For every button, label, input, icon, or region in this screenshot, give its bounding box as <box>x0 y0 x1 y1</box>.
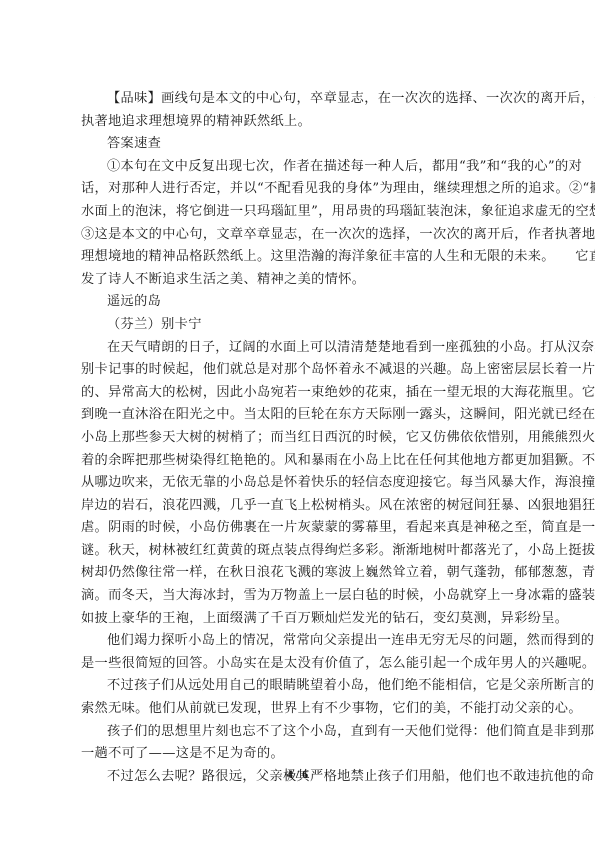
text-line: 从哪边吹来，无依无靠的小岛总是怀着快乐的轻信态度迎接它。每当风暴大作，海浪撞击着 <box>81 472 517 495</box>
text-line: 着的余晖把那些树染得红艳艳的。风和暴雨在小岛上比在任何其他地方都更加猖獗。不管风 <box>81 450 517 473</box>
text-line: （芬兰）别卡宁 <box>81 314 517 337</box>
text-line: 孩子们的思想里片刻也忘不了这个小岛，直到有一天他们觉得：他们简直是非到那儿去 <box>81 721 517 744</box>
text-line: 发了诗人不断追求生活之美、精神之美的情怀。 <box>81 269 517 292</box>
text-line: 索然无味。他们从前就已发现，世界上有不少事物，它们的美，不能打动父亲的心。 <box>81 698 517 721</box>
text-line: 水面上的泡沫，将它倒进一只玛瑙缸里”，用昂贵的玛瑙缸装泡沫，象征追求虚无的空想家… <box>81 201 517 224</box>
text-line: 不过孩子们从远处用自己的眼睛眺望着小岛，他们绝不能相信，它是父亲所断言的那样 <box>81 675 517 698</box>
text-line: 别卡记事的时候起，他们就总是对那个岛怀着永不减退的兴趣。岛上密密层层长着一片茂密 <box>81 359 517 382</box>
text-line: 滴。而冬天，当大海冰封，雪为万物盖上一层白毡的时候，小岛就穿上一身冰霜的盛装，宛 <box>81 585 517 608</box>
text-line: 遥远的岛 <box>81 291 517 314</box>
text-line: 岸边的岩石，浪花四溅，几乎一直飞上松树梢头。风在浓密的树冠间狂暴、凶狠地猖狂肆 <box>81 495 517 518</box>
text-line: 谜。秋天，树林被红红黄黄的斑点装点得绚烂多彩。渐渐地树叶都落光了，小岛上挺拔的松 <box>81 540 517 563</box>
text-line: 执著地追求理想境界的精神跃然纸上。 <box>81 111 517 134</box>
text-line: 树却仍然像往常一样，在秋日浪花飞溅的寒波上巍然耸立着，朝气蓬勃，郁郁葱葱，青翠欲 <box>81 562 517 585</box>
text-line: 到晚一直沐浴在阳光之中。当太阳的巨轮在东方天际刚一露头，这瞬间，阳光就已经在爱抚 <box>81 404 517 427</box>
text-line: 答案速查 <box>81 133 517 156</box>
text-line: ①本句在文中反复出现七次，作者在描述每一种人后，都用“我”和“我的心”的对 <box>81 156 517 179</box>
text-line: ③这是本文的中心句，文章卒章显志，在一次次的选择，一次次的离开后，作者执著地追求 <box>81 224 517 247</box>
text-line: 他们竭力探听小岛上的情况，常常向父亲提出一连串无穷无尽的问题，然而得到的却只 <box>81 630 517 653</box>
text-line: 虐。阴雨的时候，小岛仿佛裹在一片灰蒙蒙的雾幕里，看起来真是神秘之至，简直是一个 <box>81 517 517 540</box>
page-number: 4 / 6 <box>0 767 595 782</box>
document-page: 【品味】画线句是本文的中心句，卒章显志，在一次次的选择、一次次的离开后，作者执著… <box>0 0 595 841</box>
text-line: 小岛上那些参天大树的树梢了；而当红日西沉的时候，它又仿佛依依惜别，用熊熊烈火燃烧 <box>81 427 517 450</box>
text-line: 一趟不可了——这是不足为奇的。 <box>81 743 517 766</box>
text-line: 在天气晴朗的日子，辽阔的水面上可以清清楚楚地看到一座孤独的小岛。打从汉奈斯和 <box>81 337 517 360</box>
text-line: 话，对那种人进行否定，并以“不配看见我的身体”为理由，继续理想之所的追求。②“撇 <box>81 178 517 201</box>
text-line: 是一些很简短的回答。小岛实在是太没有价值了，怎么能引起一个成年男人的兴趣呢。 <box>81 653 517 676</box>
text-line: 的、异常高大的松树，因此小岛宛若一束绝妙的花束，插在一望无垠的大海花瓶里。它从早 <box>81 382 517 405</box>
document-body: 【品味】画线句是本文的中心句，卒章显志，在一次次的选择、一次次的离开后，作者执著… <box>81 88 517 788</box>
text-line: 理想境地的精神品格跃然纸上。这里浩瀚的海洋象征丰富的人生和无限的未来。 它直接抒 <box>81 246 517 269</box>
text-line: 如披上豪华的王袍，上面缀满了千百万颗灿烂发光的钻石，变幻莫测，异彩纷呈。 <box>81 608 517 631</box>
text-line: 【品味】画线句是本文的中心句，卒章显志，在一次次的选择、一次次的离开后，作者 <box>81 88 517 111</box>
